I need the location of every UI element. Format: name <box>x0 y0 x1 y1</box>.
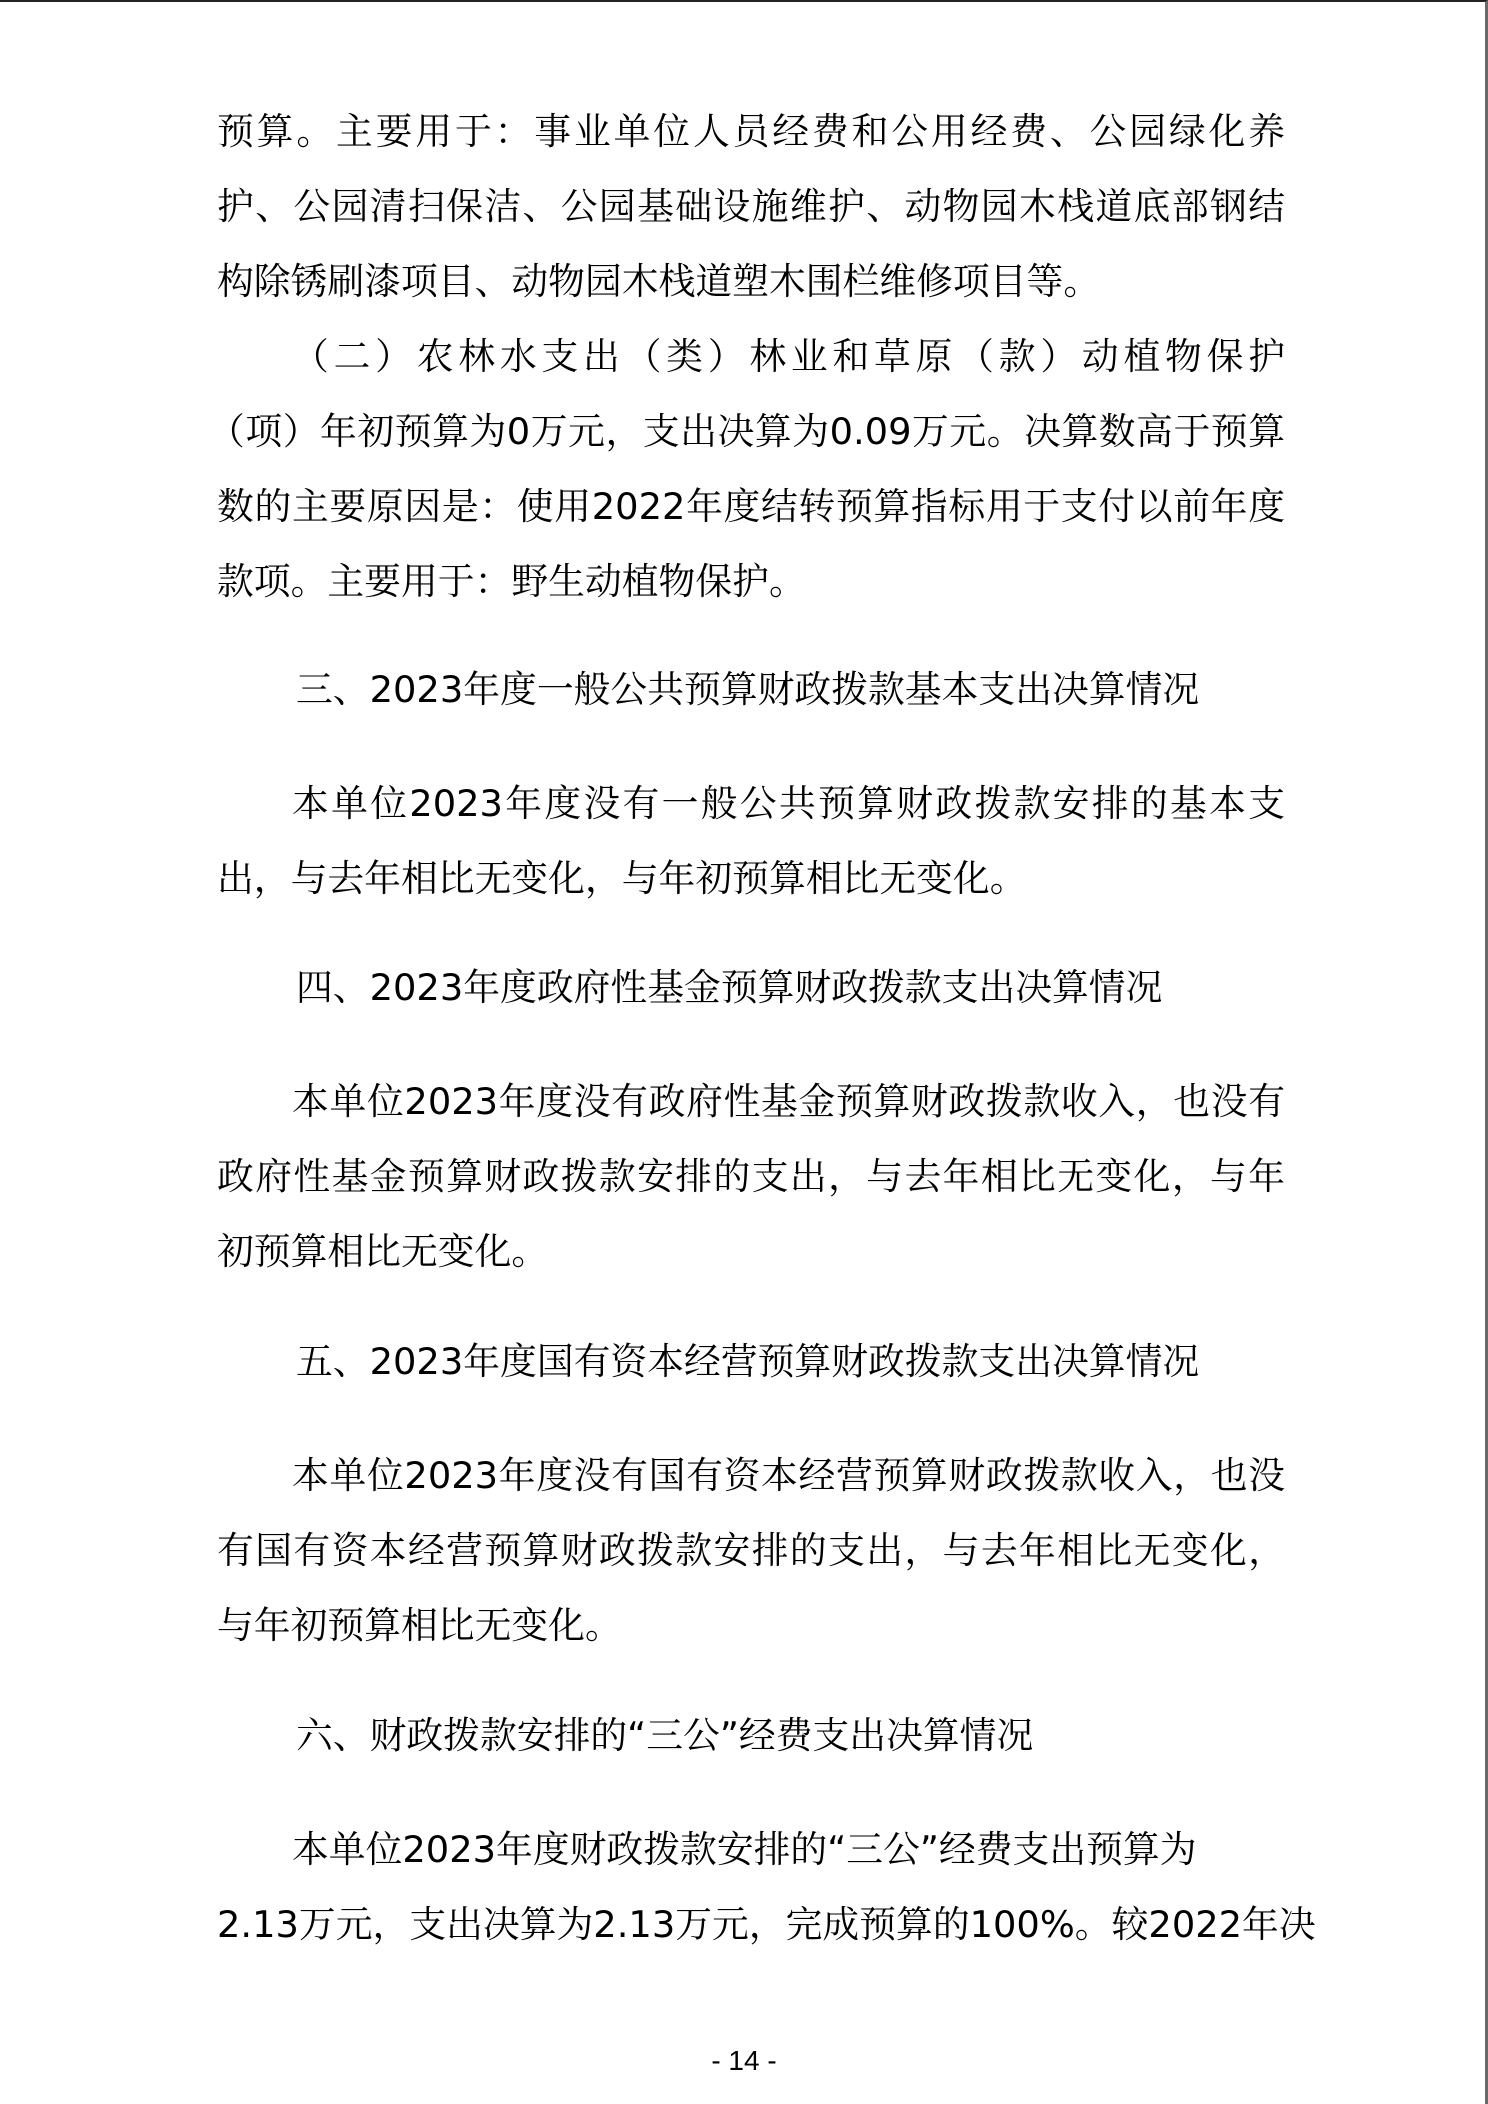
section-heading-4: 四、2023年度政府性基金预算财政拨款支出决算情况 <box>296 966 1162 1010</box>
body-text-line: 有国有资本经营预算财政拨款安排的支出，与去年相比无变化， <box>217 1529 1285 1573</box>
body-text-line: 出，与去年相比无变化，与年初预算相比无变化。 <box>217 857 1285 901</box>
body-text-line: 本单位2023年度财政拨款安排的“三公”经费支出预算为 <box>292 1828 1360 1872</box>
page-number: - 14 - <box>0 2045 1488 2077</box>
body-text-line: 与年初预算相比无变化。 <box>217 1604 1285 1648</box>
body-text-line: 初预算相比无变化。 <box>217 1230 1285 1274</box>
section-heading-3: 三、2023年度一般公共预算财政拨款基本支出决算情况 <box>296 668 1199 712</box>
body-text-line: 数的主要原因是：使用2022年度结转预算指标用于支付以前年度 <box>217 485 1285 529</box>
body-text-line: 预算。主要用于：事业单位人员经费和公用经费、公园绿化养 <box>217 110 1285 154</box>
body-text-line: 本单位2023年度没有一般公共预算财政拨款安排的基本支 <box>292 782 1285 826</box>
body-text-line: 本单位2023年度没有国有资本经营预算财政拨款收入，也没 <box>292 1454 1285 1498</box>
body-text-line: 本单位2023年度没有政府性基金预算财政拨款收入，也没有 <box>292 1080 1285 1124</box>
body-text-line: （二）农林水支出（类）林业和草原（款）动植物保护 <box>292 335 1285 379</box>
body-text-line: （项）年初预算为0万元，支出决算为0.09万元。决算数高于预算 <box>208 410 1285 454</box>
body-text-line: 构除锈刷漆项目、动物园木栈道塑木围栏维修项目等。 <box>217 260 1285 304</box>
body-text-line: 护、公园清扫保洁、公园基础设施维护、动物园木栈道底部钢结 <box>217 185 1285 229</box>
body-text-line: 2.13万元，支出决算为2.13万元，完成预算的100%。较2022年决 <box>217 1903 1285 1947</box>
section-heading-6: 六、财政拨款安排的“三公”经费支出决算情况 <box>296 1714 1033 1758</box>
body-text-line: 政府性基金预算财政拨款安排的支出，与去年相比无变化，与年 <box>217 1155 1285 1199</box>
section-heading-5: 五、2023年度国有资本经营预算财政拨款支出决算情况 <box>296 1340 1199 1384</box>
document-page: 预算。主要用于：事业单位人员经费和公用经费、公园绿化养 护、公园清扫保洁、公园基… <box>0 0 1488 2104</box>
body-text-line: 款项。主要用于：野生动植物保护。 <box>217 560 1285 604</box>
